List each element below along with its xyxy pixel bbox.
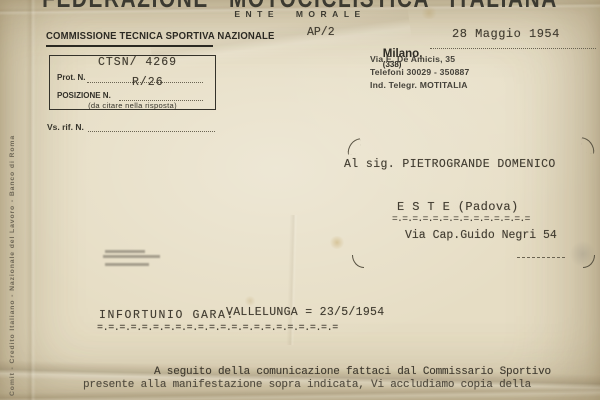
address-window-corner-top-right	[580, 137, 595, 153]
recipient-underline: =.=.=.=.=.=.=.=.=.=.=.=.=.=	[392, 213, 530, 224]
hq-phone-line: Telefoni 30029 - 350887	[370, 67, 470, 77]
position-label: POSIZIONE N.	[57, 91, 111, 100]
protocol-label: Prot. N.	[57, 73, 85, 82]
address-window-corner-bottom-left	[352, 255, 364, 268]
ente-morale-subtitle: ENTE MORALE	[0, 9, 600, 19]
paper-stain	[244, 296, 256, 306]
subject-value: VALLELUNGA = 23/5/1954	[226, 306, 384, 319]
masthead-title-text: FEDERAZIONE MOTOCICLISTICA ITALIANA	[42, 0, 558, 8]
protocol-number-typed: CTSN/ 4269	[98, 56, 177, 69]
recipient-city: E S T E (Padova)	[397, 200, 519, 214]
your-reference-label: Vs. rif. N.	[47, 122, 84, 132]
scanned-letter-page: FEDERAZIONE MOTOCICLISTICA ITALIANA ENTE…	[0, 0, 600, 400]
protocol-box: CTSN/ 4269 Prot. N. R/26 POSIZIONE N. (d…	[49, 55, 216, 110]
masthead-title-cropped: FEDERAZIONE MOTOCICLISTICA ITALIANA	[0, 0, 600, 8]
bank-list-vertical: Comit - Credito Italiano - Nazionale del…	[9, 96, 21, 396]
body-line-2: presente alla manifestazione sopra indic…	[83, 379, 531, 391]
hq-address-line: Via E. De Amicis, 35	[370, 54, 455, 64]
paper-stain	[329, 236, 345, 249]
commission-title: COMMISSIONE TECNICA SPORTIVA NAZIONALE	[46, 31, 275, 42]
recipient-street: Via Cap.Guido Negri 54	[405, 229, 557, 242]
paper-crease-left	[26, 0, 36, 400]
date-typed: 28 Maggio 1954	[452, 27, 560, 41]
recipient-name: Al sig. PIETROGRANDE DOMENICO	[344, 158, 556, 171]
hq-telegraph-line: Ind. Telegr. MOTITALIA	[370, 80, 468, 90]
subject-label: INFORTUNIO GARA:	[99, 309, 235, 322]
ink-smudge	[103, 249, 163, 269]
subject-underline: =.=.=.=.=.=.=.=.=.=.=.=.=.=.=.=.=.=.=.=.…	[97, 323, 338, 334]
position-number-typed: R/26	[132, 76, 164, 89]
commission-underline	[46, 45, 213, 47]
your-reference-dotted-line	[88, 131, 215, 132]
protocol-box-note: (da citare nella risposta)	[50, 101, 215, 110]
date-dotted-line	[430, 48, 596, 49]
address-window-corner-bottom-right	[583, 255, 595, 268]
ap-code-typed: AP/2	[307, 26, 335, 39]
body-line-1: A seguito della comunicazione fattaci da…	[154, 366, 551, 378]
address-window-corner-top-left	[346, 138, 361, 154]
address-window-dashes	[517, 257, 565, 258]
